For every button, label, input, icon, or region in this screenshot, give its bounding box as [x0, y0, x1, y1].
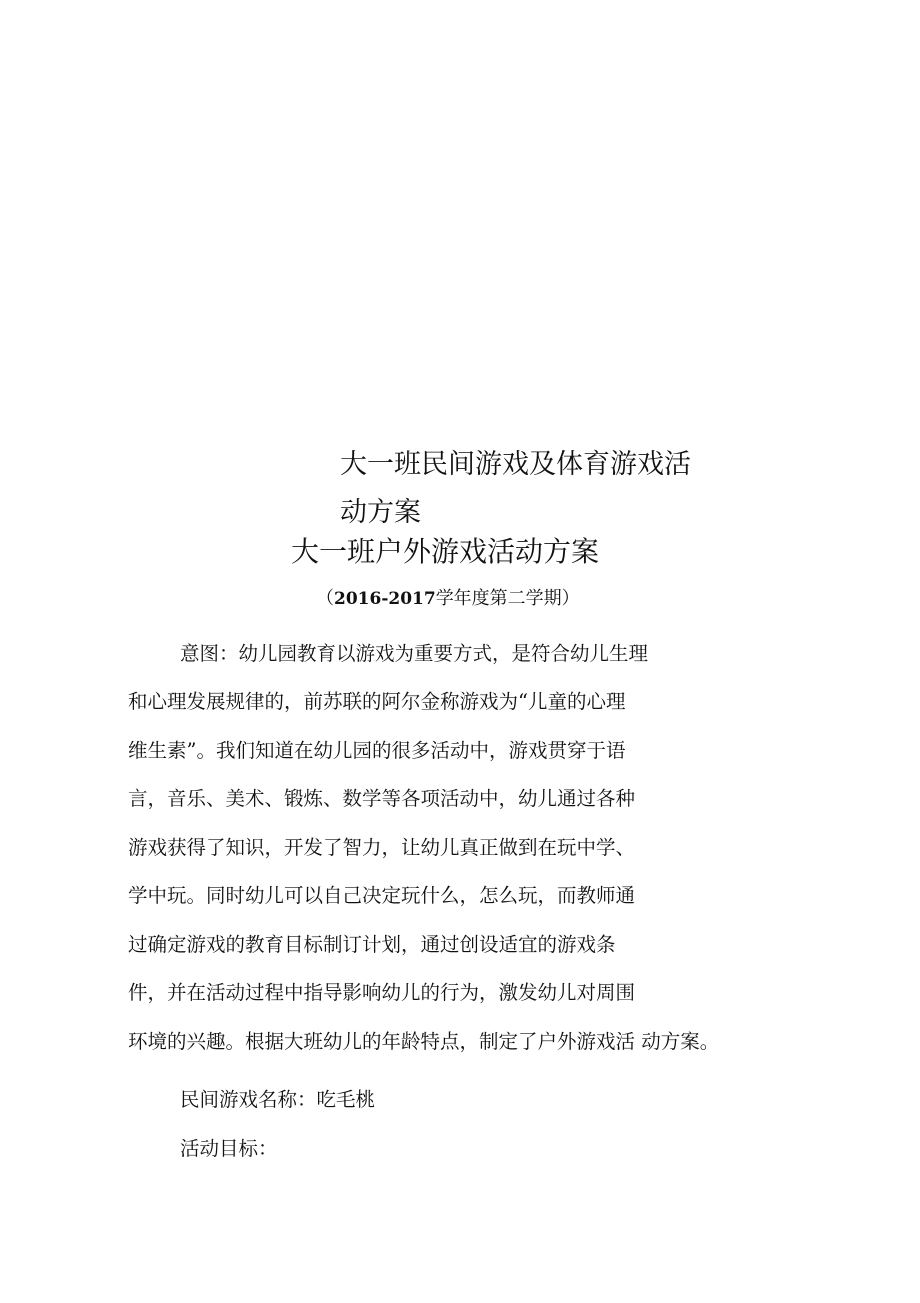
main-title-line-1: 大一班民间游戏及体育游戏活	[340, 442, 691, 481]
activity-goals-label: 活动目标：	[180, 1133, 278, 1161]
subtitle-open-paren: （	[316, 588, 334, 609]
second-title: 大一班户外游戏活动方案	[291, 530, 599, 570]
paragraph-line: 环境的兴趣。根据大班幼儿的年龄特点，制定了户外游戏活 动方案。	[128, 1026, 719, 1054]
main-title-line-2: 动方案	[340, 490, 421, 529]
paragraph-line: 意图：幼儿园教育以游戏为重要方式，是符合幼儿生理	[180, 638, 648, 666]
paragraph-line: 和心理发展规律的，前苏联的阿尔金称游戏为“儿童的心理	[128, 686, 625, 714]
paragraph-line: 件，并在活动过程中指导影响幼儿的行为，激发幼儿对周围	[128, 977, 635, 1005]
subtitle: （2016-2017学年度第二学期）	[316, 584, 580, 610]
folk-game-name: 民间游戏名称：吃毛桃	[180, 1084, 375, 1112]
subtitle-term: 学年度第二学期）	[436, 588, 580, 609]
subtitle-years: 2016-2017	[334, 589, 436, 609]
paragraph-line: 言，音乐、美术、锻炼、数学等各项活动中，幼儿通过各种	[128, 783, 635, 811]
paragraph-line: 学中玩。同时幼儿可以自己决定玩什么，怎么玩，而教师通	[128, 880, 635, 908]
paragraph-line: 过确定游戏的教育目标制订计划，通过创设适宜的游戏条	[128, 929, 616, 957]
paragraph-line: 维生素”。我们知道在幼儿园的很多活动中，游戏贯穿于语	[128, 735, 625, 763]
paragraph-line: 游戏获得了知识，开发了智力，让幼儿真正做到在玩中学、	[128, 832, 635, 860]
